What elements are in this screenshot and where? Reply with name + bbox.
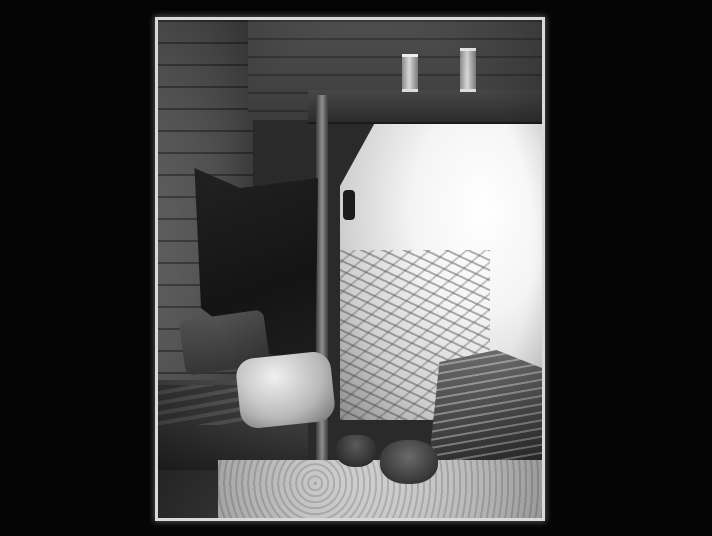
- cooking-pot: [336, 435, 376, 467]
- light-pillow: [235, 350, 337, 430]
- camp-kettle: [380, 440, 438, 484]
- hearth-rock: [428, 350, 542, 470]
- tin-can: [460, 48, 476, 92]
- tin-can: [402, 54, 418, 92]
- hanging-utensil: [343, 190, 355, 220]
- photo-plate: [158, 20, 542, 518]
- mantel-beam: [308, 90, 542, 124]
